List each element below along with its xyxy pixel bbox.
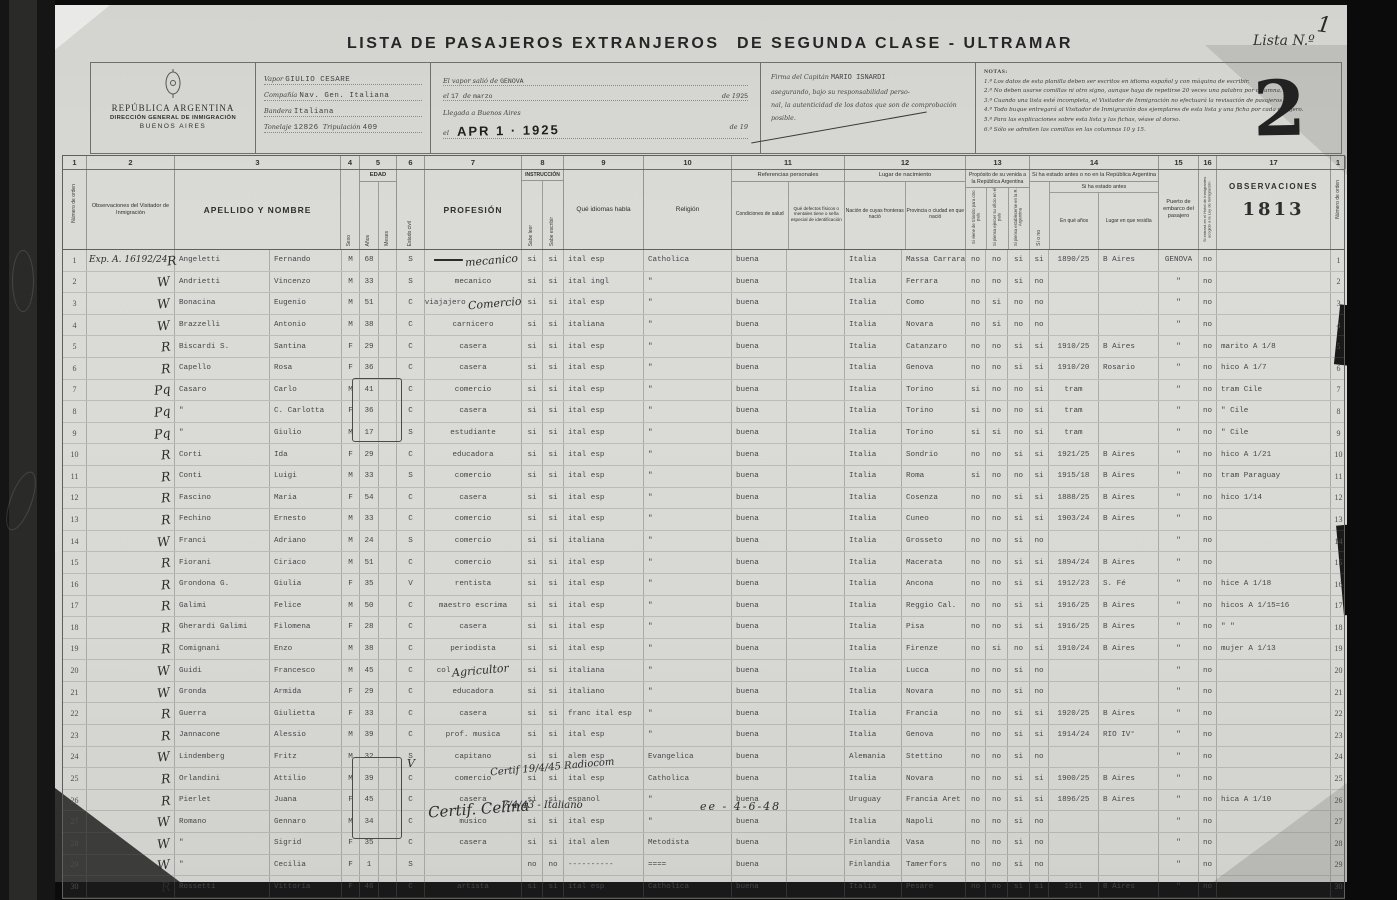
years-resided-cell: [1049, 855, 1099, 876]
health-cell: buena: [732, 336, 787, 357]
page-number-stamp: 2: [1252, 71, 1306, 148]
religion-cell: ": [644, 682, 732, 703]
age-months-cell: [379, 272, 397, 293]
row-number-right: 6: [1331, 358, 1346, 379]
observations-cell: [1217, 833, 1331, 854]
visitador-mark: R: [160, 339, 171, 355]
table-row: 24 W Lindemberg Fritz M 32 S capitano si…: [63, 747, 1344, 769]
defects-cell: [787, 488, 845, 509]
age-months-cell: [379, 358, 397, 379]
surname-cell: Conti: [175, 466, 270, 487]
age-years-cell: 29: [360, 682, 379, 703]
writes-cell: si: [543, 380, 564, 401]
org-city: BUENOS AIRES: [91, 123, 255, 130]
row-number-right: 11: [1331, 466, 1346, 487]
header-ha-estado: Si ha estado antes: [1050, 182, 1158, 193]
purpose1-cell: no: [966, 444, 986, 465]
brasil-cell: no: [1199, 574, 1217, 595]
writes-cell: si: [543, 358, 564, 379]
purpose3-cell: no: [1008, 466, 1030, 487]
el-label: el: [443, 92, 449, 100]
vapor-label: Vapor: [264, 75, 283, 83]
health-cell: buena: [732, 250, 787, 271]
surname-cell: Galimi: [175, 596, 270, 617]
religion-cell: ": [644, 552, 732, 573]
colnum-9: 9: [564, 156, 644, 169]
row-number-left: 30: [63, 876, 87, 897]
colnum-3: 3: [175, 156, 341, 169]
givenname-cell: Fritz: [270, 747, 341, 768]
health-cell: buena: [732, 423, 787, 444]
tripulacion-label: Tripulación: [323, 123, 361, 131]
health-cell: buena: [732, 358, 787, 379]
row-number-left: 20: [63, 660, 87, 681]
surname-cell: Guerra: [175, 703, 270, 724]
visitador-mark: R: [160, 598, 171, 614]
health-cell: buena: [732, 833, 787, 854]
row-number-right: 21: [1331, 682, 1346, 703]
province-cell: Novara: [902, 682, 966, 703]
row-number-right: 1: [1331, 250, 1346, 271]
header-num-left: Número de orden: [63, 170, 87, 249]
health-cell: buena: [732, 272, 787, 293]
years-resided-cell: [1049, 682, 1099, 703]
colnum-4: 4: [341, 156, 360, 169]
row-number-right: 3: [1331, 293, 1346, 314]
brasil-cell: no: [1199, 596, 1217, 617]
header-salud: Condiciones de salud: [732, 182, 789, 249]
years-resided-cell: [1049, 293, 1099, 314]
purpose1-cell: no: [966, 358, 986, 379]
health-cell: buena: [732, 639, 787, 660]
reads-cell: si: [522, 315, 543, 336]
purpose2-cell: si: [986, 639, 1008, 660]
years-resided-cell: 1920/25: [1049, 703, 1099, 724]
nation-cell: Italia: [845, 768, 902, 789]
row-number-left: 4: [63, 315, 87, 336]
civil-status-cell: C: [397, 444, 425, 465]
age-years-cell: 51: [360, 552, 379, 573]
province-cell: Como: [902, 293, 966, 314]
nation-cell: Italia: [845, 876, 902, 897]
civil-status-cell: C: [397, 682, 425, 703]
embark-port-cell: ": [1159, 358, 1199, 379]
brasil-cell: no: [1199, 768, 1217, 789]
visitador-cell: R: [87, 596, 175, 617]
reads-cell: si: [522, 833, 543, 854]
purpose3-cell: si: [1008, 790, 1030, 811]
province-cell: Novara: [902, 315, 966, 336]
age-months-cell: [379, 488, 397, 509]
province-cell: Stettino: [902, 747, 966, 768]
observations-cell: " ": [1217, 617, 1331, 638]
colnum-14: 14: [1030, 156, 1159, 169]
visitador-cell: W: [87, 855, 175, 876]
place-resided-cell: B Aires: [1099, 703, 1159, 724]
film-strip: [0, 0, 55, 900]
nation-cell: Italia: [845, 703, 902, 724]
purpose2-cell: no: [986, 811, 1008, 832]
writes-cell: si: [543, 250, 564, 271]
purpose3-cell: no: [1008, 380, 1030, 401]
table-row: 6 R Capello Rosa F 36 C casera si si ita…: [63, 358, 1344, 380]
civil-status-cell: C: [397, 336, 425, 357]
row-number-left: 17: [63, 596, 87, 617]
reads-cell: si: [522, 293, 543, 314]
writes-cell: si: [543, 703, 564, 724]
been-before-cell: si: [1030, 336, 1049, 357]
salida-label: El vapor salió de: [443, 77, 498, 85]
surname-cell: ": [175, 833, 270, 854]
writes-cell: si: [543, 272, 564, 293]
surname-cell: Lindemberg: [175, 747, 270, 768]
visitador-cell: W: [87, 272, 175, 293]
visitador-mark: R: [160, 468, 171, 484]
writes-cell: si: [543, 833, 564, 854]
province-cell: Vasa: [902, 833, 966, 854]
row-number-left: 24: [63, 747, 87, 768]
defects-cell: [787, 336, 845, 357]
row-number-left: 29: [63, 855, 87, 876]
province-cell: Reggio Cal.: [902, 596, 966, 617]
header-observaciones: OBSERVACIONES 1813: [1217, 170, 1331, 249]
civil-status-cell: S: [397, 250, 425, 271]
embark-port-cell: ": [1159, 660, 1199, 681]
purpose1-cell: no: [966, 315, 986, 336]
surname-cell: Angeletti: [175, 250, 270, 271]
visitador-cell: W: [87, 682, 175, 703]
purpose1-cell: no: [966, 703, 986, 724]
nation-cell: Italia: [845, 725, 902, 746]
header-referencias: Referencias personales: [732, 170, 844, 182]
religion-cell: ": [644, 488, 732, 509]
place-resided-cell: B Aires: [1099, 509, 1159, 530]
header-edad: EDAD: [360, 170, 396, 182]
sex-cell: M: [341, 466, 360, 487]
profession-cell: educadora: [425, 444, 522, 465]
been-before-cell: no: [1030, 272, 1049, 293]
surname-cell: ": [175, 423, 270, 444]
reads-cell: si: [522, 272, 543, 293]
languages-cell: ital esp: [564, 639, 644, 660]
purpose1-cell: si: [966, 423, 986, 444]
form-header: REPÚBLICA ARGENTINA DIRECCIÓN GENERAL DE…: [90, 62, 1342, 154]
header-puerto: Puerto de embarco del pasajero: [1159, 170, 1199, 249]
been-before-cell: no: [1030, 315, 1049, 336]
purpose1-cell: no: [966, 833, 986, 854]
row-number-right: 29: [1331, 855, 1346, 876]
embark-port-cell: ": [1159, 790, 1199, 811]
observations-cell: hica A 1/10: [1217, 790, 1331, 811]
purpose1-cell: no: [966, 768, 986, 789]
defects-cell: [787, 596, 845, 617]
surname-cell: Comignani: [175, 639, 270, 660]
header-religion: Religión: [644, 170, 732, 249]
row-number-right: 24: [1331, 747, 1346, 768]
defects-cell: [787, 380, 845, 401]
years-resided-cell: [1049, 833, 1099, 854]
profession-cell: periodista: [425, 639, 522, 660]
profession-cell: comercio: [425, 552, 522, 573]
purpose2-cell: no: [986, 790, 1008, 811]
nation-cell: Italia: [845, 401, 902, 422]
place-resided-cell: B Aires: [1099, 488, 1159, 509]
colnum-12: 12: [845, 156, 966, 169]
writes-cell: si: [543, 315, 564, 336]
age-months-cell: [379, 682, 397, 703]
visitador-cell: R: [87, 876, 175, 897]
salida-month: marzo: [473, 93, 493, 100]
givenname-cell: Antonio: [270, 315, 341, 336]
religion-cell: Catholica: [644, 768, 732, 789]
place-resided-cell: [1099, 855, 1159, 876]
observations-cell: [1217, 703, 1331, 724]
age-years-cell: 68: [360, 250, 379, 271]
sex-cell: M: [341, 660, 360, 681]
visitador-cell: Pq: [87, 423, 175, 444]
surname-cell: Andrietti: [175, 272, 270, 293]
civil-status-cell: V: [397, 574, 425, 595]
writes-cell: no: [543, 855, 564, 876]
scanned-passenger-list: LISTA DE PASAJEROS EXTRANJEROS DE SEGUND…: [0, 0, 1397, 900]
civil-status-cell: C: [397, 703, 425, 724]
been-before-cell: si: [1030, 401, 1049, 422]
llegada-label: Llegada a Buenos Aires: [443, 109, 521, 117]
age-years-cell: 51: [360, 293, 379, 314]
purpose1-cell: no: [966, 639, 986, 660]
table-row: 25 R Orlandini Attilio M 39 C comercio s…: [63, 768, 1344, 790]
reads-cell: si: [522, 423, 543, 444]
been-before-cell: no: [1030, 531, 1049, 552]
purpose1-cell: no: [966, 293, 986, 314]
nation-cell: Italia: [845, 811, 902, 832]
years-resided-cell: 1914/24: [1049, 725, 1099, 746]
brasil-cell: no: [1199, 660, 1217, 681]
colnum-10: 10: [644, 156, 732, 169]
age-years-cell: 33: [360, 466, 379, 487]
photo-corner-top-left: [55, 5, 110, 50]
purpose2-cell: no: [986, 703, 1008, 724]
languages-cell: ital esp: [564, 811, 644, 832]
observations-cell: tram Paraguay: [1217, 466, 1331, 487]
visitador-mark: W: [156, 814, 170, 830]
years-resided-cell: [1049, 747, 1099, 768]
province-cell: Catanzaro: [902, 336, 966, 357]
languages-cell: ital esp: [564, 423, 644, 444]
purpose1-cell: no: [966, 617, 986, 638]
reads-cell: si: [522, 725, 543, 746]
embark-port-cell: ": [1159, 293, 1199, 314]
profession-cell: comercio: [425, 509, 522, 530]
languages-cell: ital esp: [564, 596, 644, 617]
row-number-right: 28: [1331, 833, 1346, 854]
been-before-cell: si: [1030, 466, 1049, 487]
sex-cell: F: [341, 488, 360, 509]
languages-cell: ital esp: [564, 358, 644, 379]
religion-cell: Metodista: [644, 833, 732, 854]
reads-cell: si: [522, 488, 543, 509]
age-months-cell: [379, 876, 397, 897]
surname-cell: Orlandini: [175, 768, 270, 789]
embark-port-cell: ": [1159, 531, 1199, 552]
purpose1-cell: no: [966, 531, 986, 552]
place-resided-cell: B Aires: [1099, 790, 1159, 811]
colnum-15: 15: [1159, 156, 1199, 169]
document-page: LISTA DE PASAJEROS EXTRANJEROS DE SEGUND…: [55, 5, 1347, 882]
visitador-mark: W: [156, 857, 170, 873]
place-resided-cell: [1099, 272, 1159, 293]
observations-cell: [1217, 531, 1331, 552]
lista-number-handwritten: 1: [1315, 12, 1332, 39]
province-cell: Cosenza: [902, 488, 966, 509]
surname-cell: ": [175, 401, 270, 422]
givenname-cell: Carlo: [270, 380, 341, 401]
givenname-cell: Maria: [270, 488, 341, 509]
observations-cell: tram Cile: [1217, 380, 1331, 401]
table-row: 12 R Fascino Maria F 54 C casera si si i…: [63, 488, 1344, 510]
header-proposito: Propósito de su venida a la República Ar…: [966, 170, 1029, 188]
purpose2-cell: no: [986, 833, 1008, 854]
row-number-right: 4: [1331, 315, 1346, 336]
passenger-table: 1 2 3 4 5 6 7 8 9 10 11 12 13 14 15 16 1…: [62, 155, 1345, 899]
profession-handwritten: mecanico: [464, 252, 518, 270]
place-resided-cell: [1099, 401, 1159, 422]
observations-cell: " Cile: [1217, 423, 1331, 444]
years-resided-cell: 1903/24: [1049, 509, 1099, 530]
observaciones-stamp: 1813: [1217, 199, 1330, 220]
place-resided-cell: S. Fé: [1099, 574, 1159, 595]
brasil-cell: no: [1199, 617, 1217, 638]
languages-cell: ital esp: [564, 336, 644, 357]
bandera-label: Bandera: [264, 107, 292, 115]
nation-cell: Italia: [845, 358, 902, 379]
defects-cell: [787, 423, 845, 444]
visitador-mark: R: [160, 706, 171, 722]
religion-cell: ": [644, 596, 732, 617]
header-lugar-nacimiento: Lugar de nacimiento: [845, 170, 965, 182]
defects-cell: [787, 682, 845, 703]
purpose2-cell: si: [986, 293, 1008, 314]
languages-cell: italiano: [564, 682, 644, 703]
brasil-cell: no: [1199, 358, 1217, 379]
languages-cell: ital ingl: [564, 272, 644, 293]
religion-cell: ": [644, 725, 732, 746]
header-estado-antes-group: Si ha estado antes o no en la República …: [1030, 170, 1159, 249]
bandera-value: Italiana: [294, 108, 334, 116]
reads-cell: si: [522, 552, 543, 573]
reads-cell: si: [522, 336, 543, 357]
brasil-cell: no: [1199, 444, 1217, 465]
row-number-right: 9: [1331, 423, 1346, 444]
surname-cell: Gherardi Galimi: [175, 617, 270, 638]
visitador-cell: R: [87, 574, 175, 595]
reads-cell: si: [522, 703, 543, 724]
givenname-cell: Giulio: [270, 423, 341, 444]
visitador-cell: Pq: [87, 380, 175, 401]
purpose1-cell: si: [966, 401, 986, 422]
profession-cell: comercio: [425, 380, 522, 401]
been-before-cell: si: [1030, 725, 1049, 746]
observations-cell: [1217, 509, 1331, 530]
header-meses: Meses: [379, 182, 397, 249]
visitador-cell: R: [87, 466, 175, 487]
writes-cell: si: [543, 574, 564, 595]
purpose1-cell: si: [966, 466, 986, 487]
purpose3-cell: si: [1008, 747, 1030, 768]
profession-cell: estudiante: [425, 423, 522, 444]
visitador-mark: R: [160, 360, 171, 376]
been-before-cell: si: [1030, 596, 1049, 617]
writes-cell: si: [543, 552, 564, 573]
nation-cell: Italia: [845, 488, 902, 509]
table-row: 11 R Conti Luigi M 33 S comercio si si i…: [63, 466, 1344, 488]
writes-cell: si: [543, 682, 564, 703]
row-number-left: 5: [63, 336, 87, 357]
purpose1-cell: no: [966, 790, 986, 811]
been-before-cell: si: [1030, 617, 1049, 638]
purpose1-cell: no: [966, 725, 986, 746]
brasil-cell: no: [1199, 380, 1217, 401]
surname-cell: Bonacina: [175, 293, 270, 314]
visitador-mark: W: [156, 533, 170, 549]
reads-cell: si: [522, 574, 543, 595]
header-anos: Años: [360, 182, 379, 249]
row-number-left: 19: [63, 639, 87, 660]
row-number-right: 2: [1331, 272, 1346, 293]
reads-cell: si: [522, 466, 543, 487]
profession-handwritten: Agricultor: [452, 662, 510, 680]
visitador-cell: W: [87, 811, 175, 832]
reads-cell: si: [522, 876, 543, 897]
observations-cell: [1217, 876, 1331, 897]
surname-cell: Grondona G.: [175, 574, 270, 595]
purpose2-cell: no: [986, 768, 1008, 789]
purpose3-cell: si: [1008, 336, 1030, 357]
table-row: 13 R Fechino Ernesto M 33 C comercio si …: [63, 509, 1344, 531]
surname-cell: Brazzelli: [175, 315, 270, 336]
years-resided-cell: [1049, 531, 1099, 552]
profession-cell: viajajeroComercio: [425, 293, 522, 314]
observations-cell: hico A 1/7: [1217, 358, 1331, 379]
age-years-cell: 33: [360, 703, 379, 724]
observations-cell: hicos A 1/15=16: [1217, 596, 1331, 617]
org-dept: DIRECCIÓN GENERAL DE INMIGRACIÓN: [91, 115, 255, 121]
civil-status-cell: C: [397, 552, 425, 573]
place-resided-cell: B Aires: [1099, 466, 1159, 487]
row-number-left: 11: [63, 466, 87, 487]
defects-cell: [787, 552, 845, 573]
years-resided-cell: 1896/25: [1049, 790, 1099, 811]
header-edad-group: EDAD Años Meses: [360, 170, 397, 249]
row-number-right: 23: [1331, 725, 1346, 746]
nation-cell: Italia: [845, 315, 902, 336]
nation-cell: Italia: [845, 293, 902, 314]
religion-cell: ": [644, 293, 732, 314]
profession-cell: casera: [425, 617, 522, 638]
brasil-cell: no: [1199, 531, 1217, 552]
purpose3-cell: si: [1008, 531, 1030, 552]
purpose1-cell: no: [966, 336, 986, 357]
religion-cell: ": [644, 531, 732, 552]
header-sexo: Sexo: [341, 170, 360, 249]
brasil-cell: no: [1199, 552, 1217, 573]
province-cell: Torino: [902, 380, 966, 401]
religion-cell: ": [644, 272, 732, 293]
health-cell: buena: [732, 811, 787, 832]
row-number-left: 6: [63, 358, 87, 379]
purpose1-cell: no: [966, 876, 986, 897]
languages-cell: franc ital esp: [564, 703, 644, 724]
